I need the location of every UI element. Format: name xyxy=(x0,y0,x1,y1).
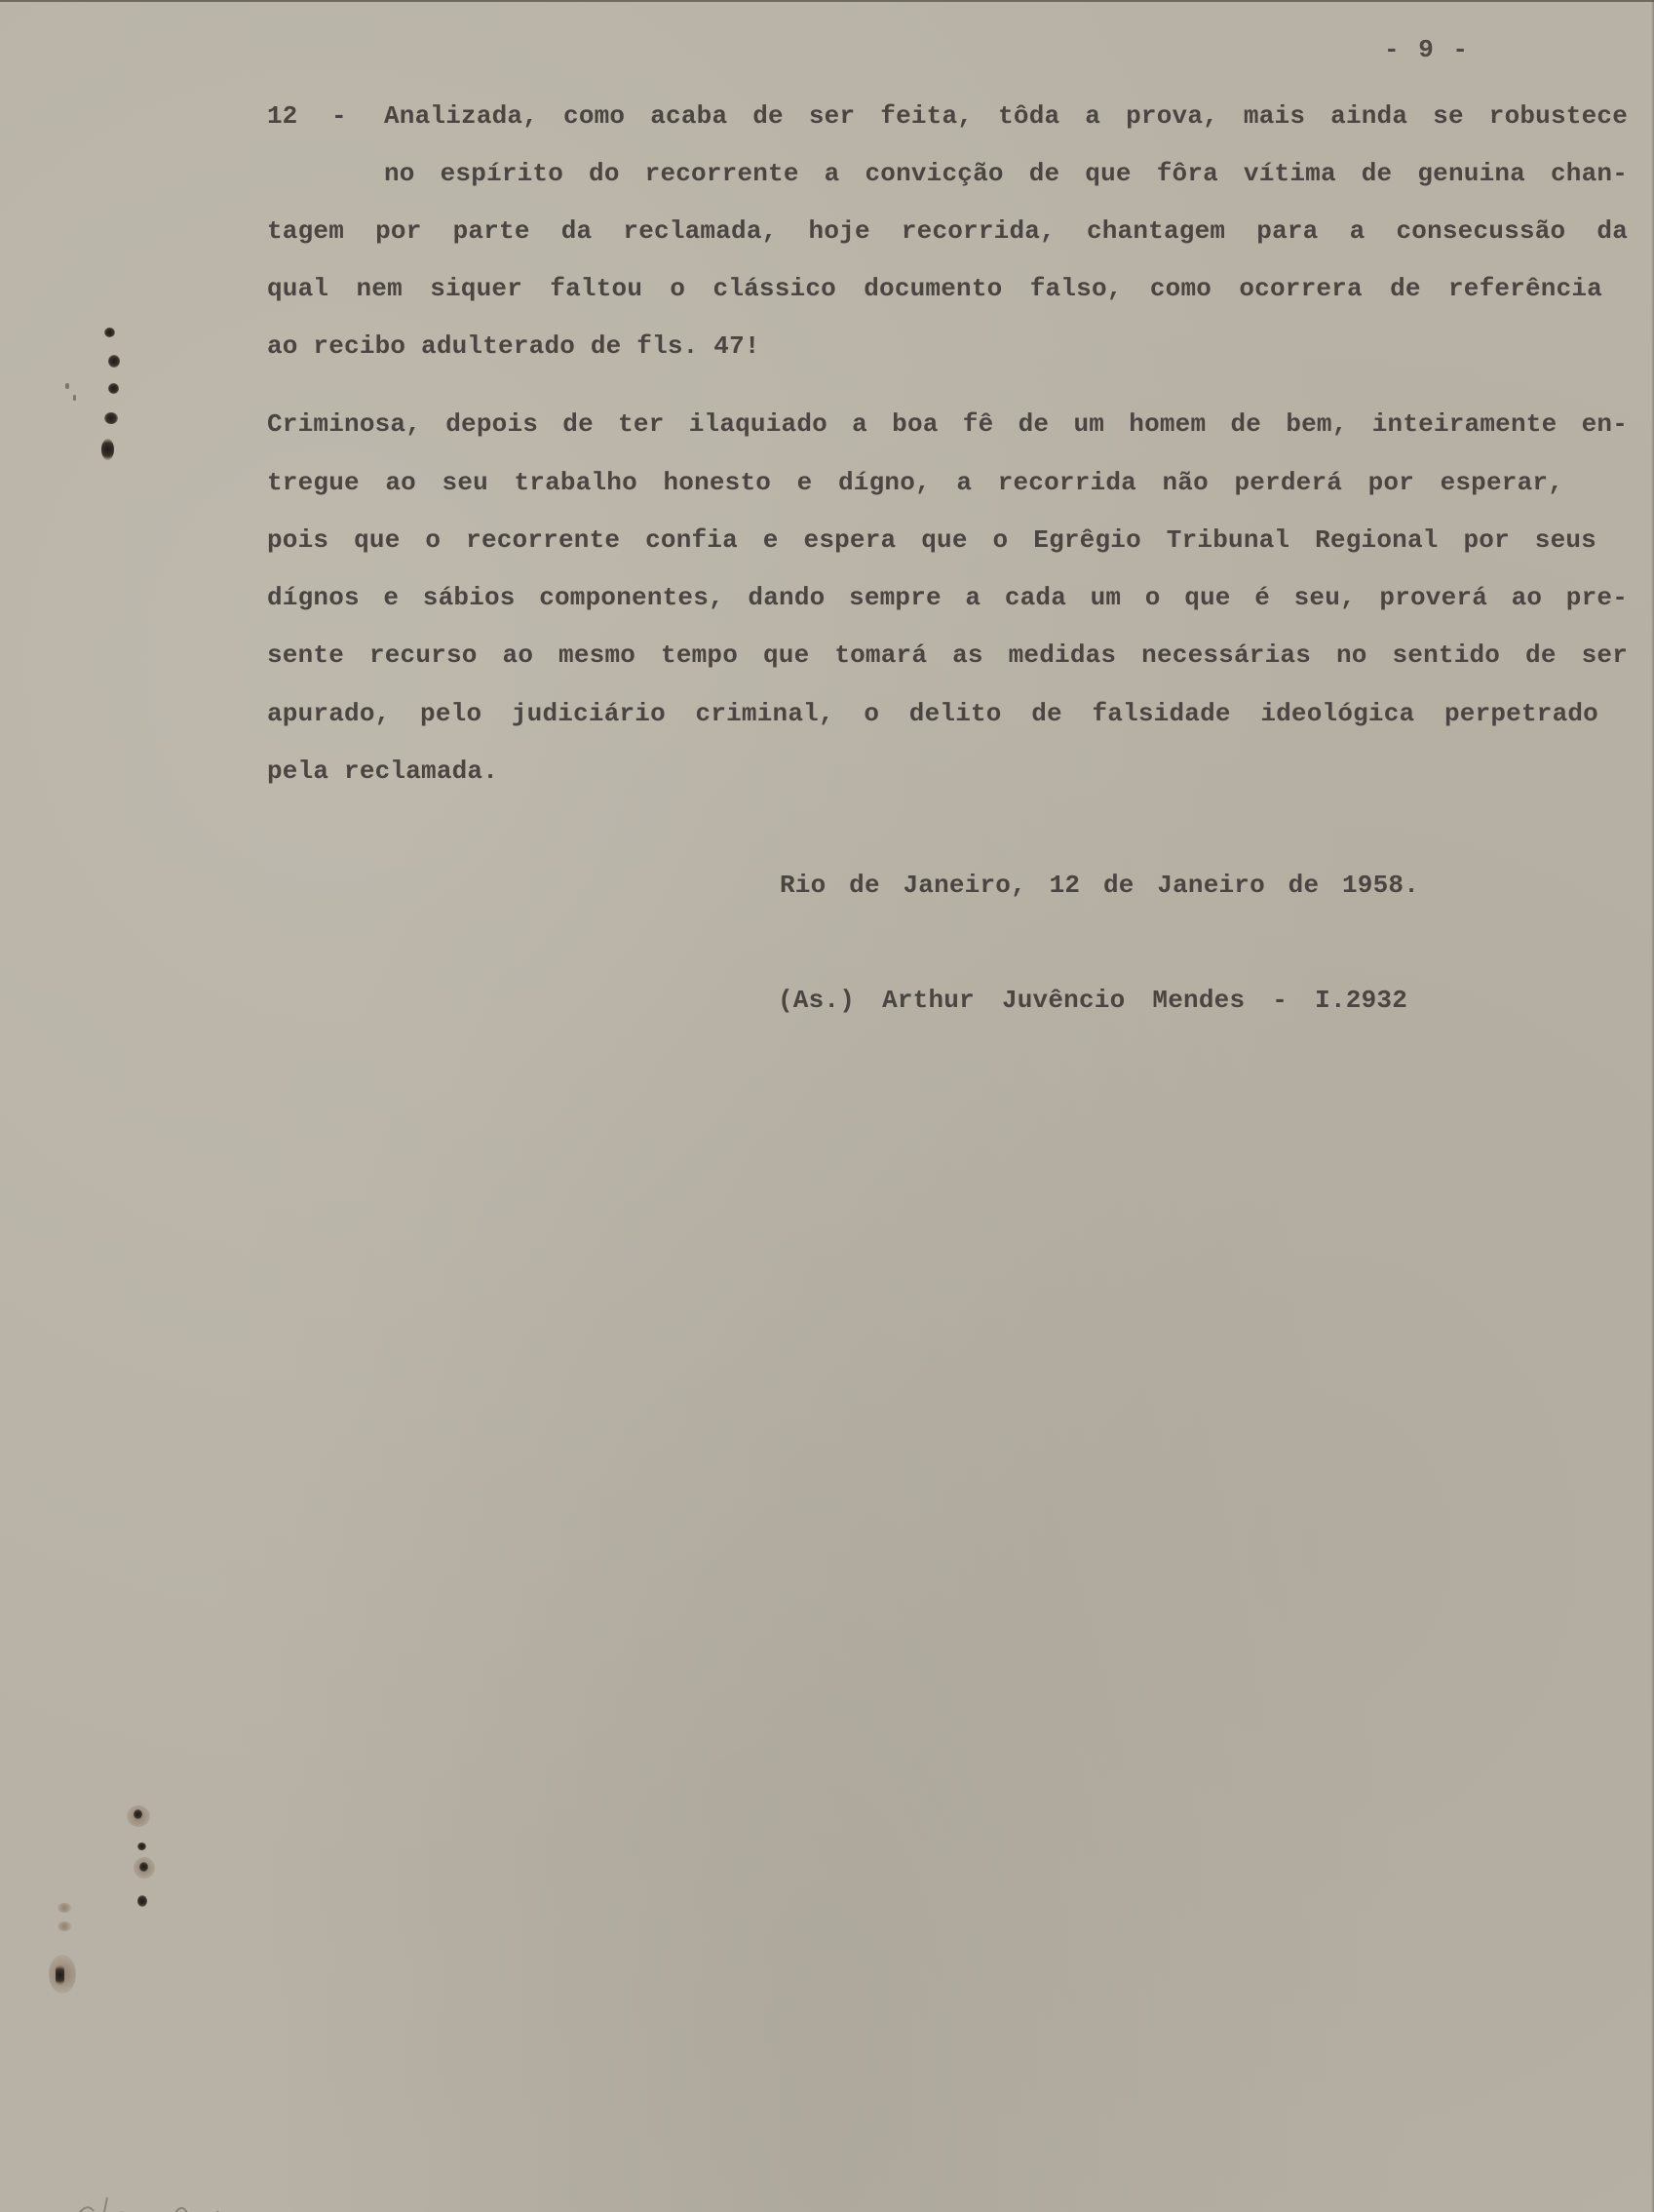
punch-hole xyxy=(137,1895,147,1907)
paragraph-line: no espírito do recorrente a convicção de… xyxy=(384,159,1628,188)
punch-hole xyxy=(139,1862,148,1872)
document-page: - 9 - 12 - Analizada, como acaba de ser … xyxy=(0,0,1654,2212)
punch-hole xyxy=(104,412,118,424)
paragraph-number: 12 xyxy=(267,101,297,131)
paragraph-line: dígnos e sábios componentes, dando sempr… xyxy=(267,583,1628,612)
punch-hole xyxy=(134,1809,142,1819)
stain xyxy=(58,1903,71,1913)
paragraph-line: tregue ao seu trabalho honesto e dígno, … xyxy=(267,468,1563,497)
punch-hole xyxy=(104,328,115,337)
punch-hole xyxy=(108,355,120,368)
paragraph-dash: - xyxy=(331,101,347,131)
paragraph-line: tagem por parte da reclamada, hoje recor… xyxy=(267,216,1628,246)
paragraph-line: ao recibo adulterado de fls. 47! xyxy=(267,331,760,361)
handwriting-mark xyxy=(58,2190,312,2212)
paragraph-line: Analizada, como acaba de ser feita, tôda… xyxy=(384,101,1628,131)
stain xyxy=(58,1921,71,1931)
punch-hole xyxy=(108,383,119,394)
punch-hole xyxy=(56,1965,64,1985)
ink-speck xyxy=(73,395,76,401)
paragraph-line: Criminosa, depois de ter ilaquiado a boa… xyxy=(267,409,1628,439)
paragraph-line: apurado, pelo judiciário criminal, o del… xyxy=(267,699,1598,728)
paragraph-line: qual nem siquer faltou o clássico docume… xyxy=(267,274,1602,303)
paragraph-line: pela reclamada. xyxy=(267,757,498,786)
punch-hole xyxy=(101,439,114,460)
signature-line: (As.) Arthur Juvêncio Mendes - I.2932 xyxy=(778,986,1407,1015)
place-and-date: Rio de Janeiro, 12 de Janeiro de 1958. xyxy=(780,871,1419,900)
ink-speck xyxy=(65,383,69,389)
paragraph-line: sente recurso ao mesmo tempo que tomará … xyxy=(267,640,1628,670)
punch-hole xyxy=(137,1843,146,1850)
page-number: - 9 - xyxy=(1384,35,1470,64)
paragraph-line: pois que o recorrente confia e espera qu… xyxy=(267,525,1596,555)
page-top-edge xyxy=(0,0,1654,2)
